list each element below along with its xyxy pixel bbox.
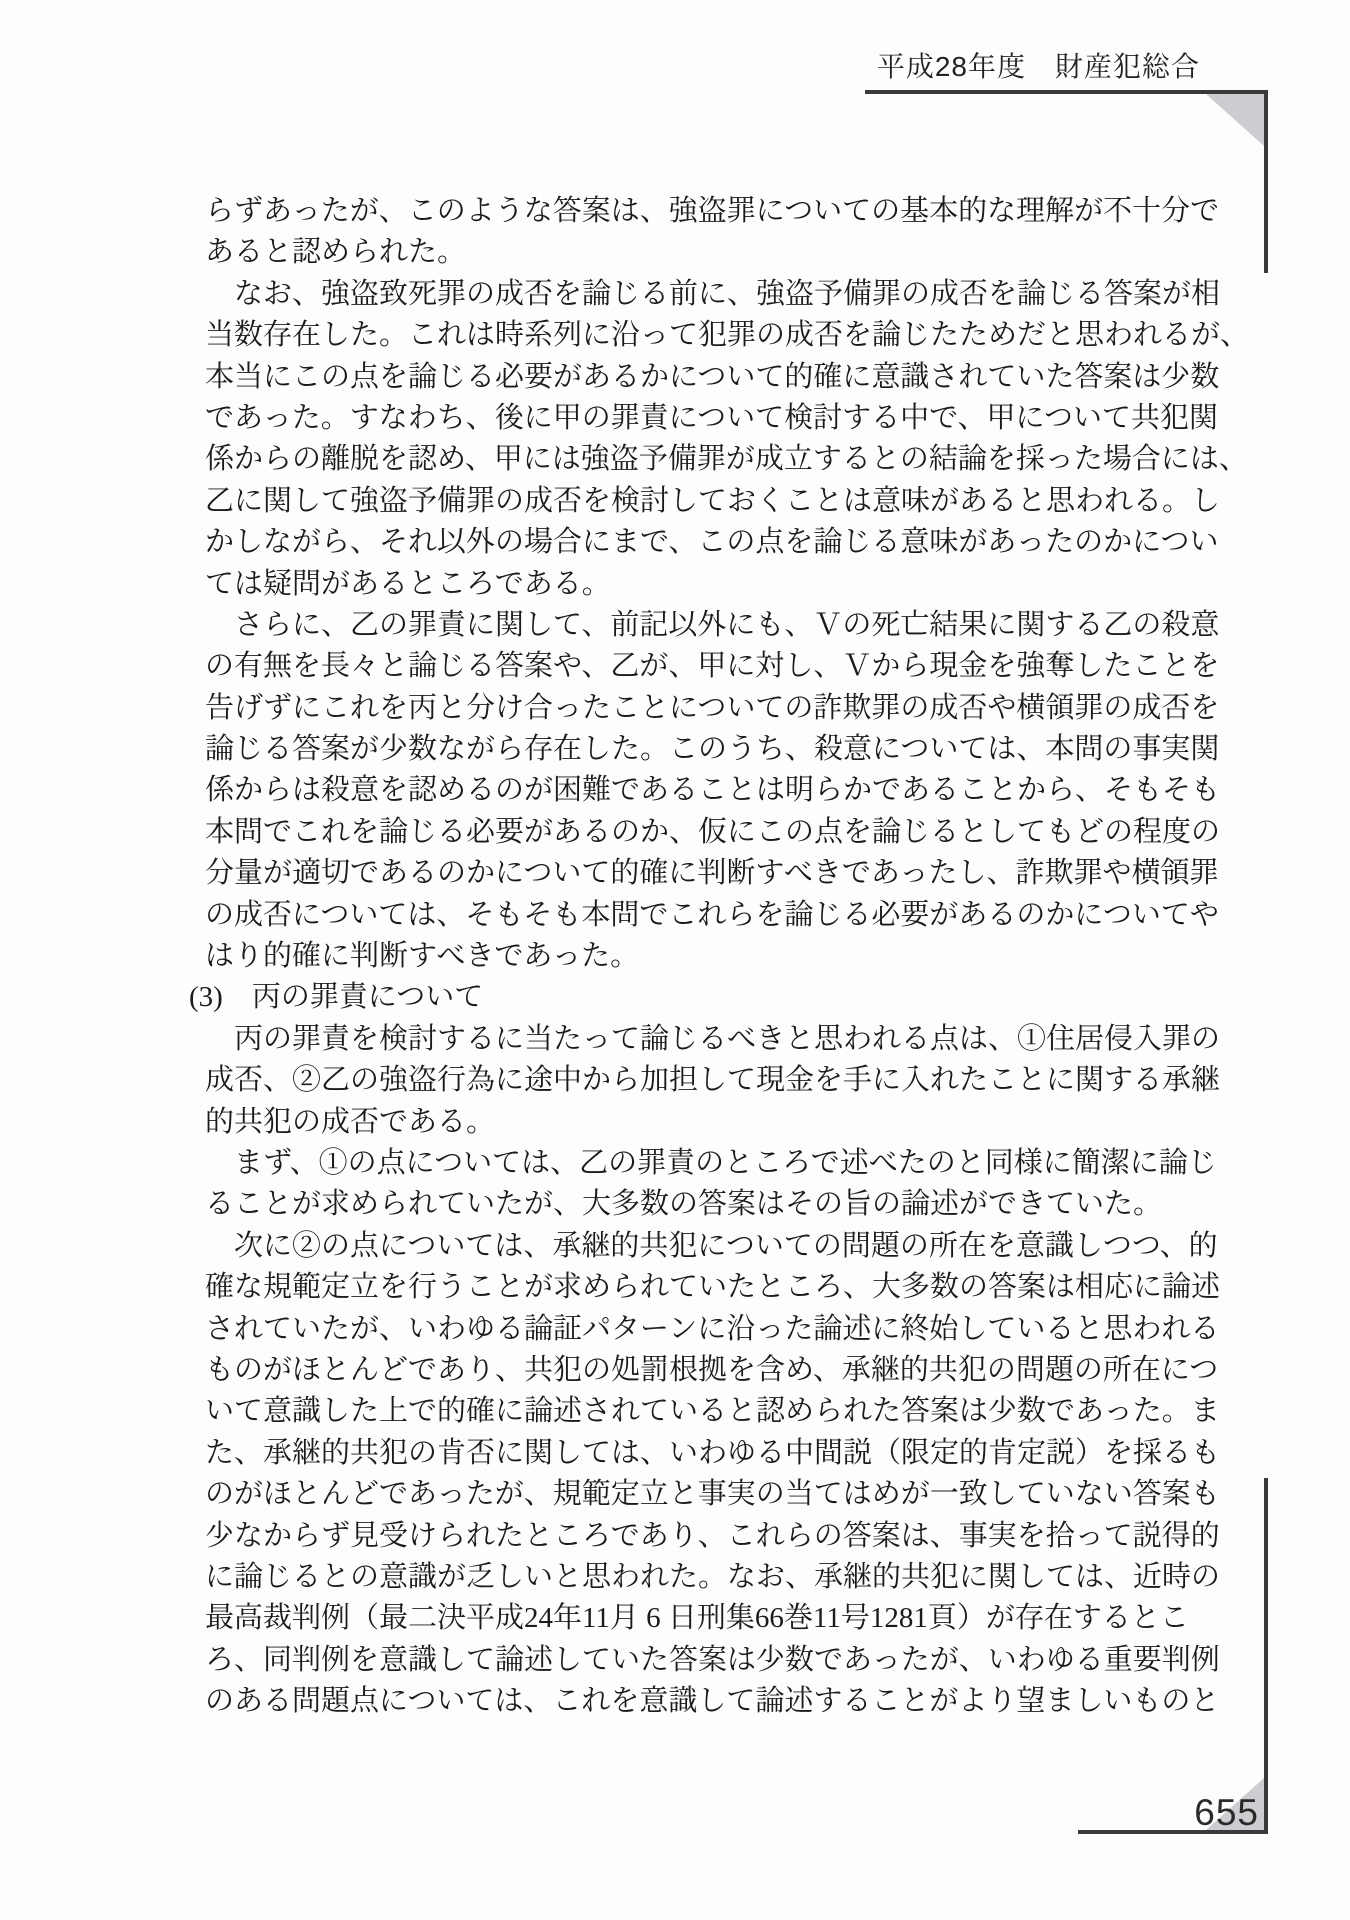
top-corner-fold-triangle — [1206, 94, 1264, 146]
text-line: 少なからず見受けられたところであり、これらの答案は、事実を拾って説得的 — [205, 1516, 1280, 1557]
text-line: た、承継的共犯の肯否に関しては、いわゆる中間説（限定的肯定説）を採るも — [205, 1433, 1280, 1474]
text-line: らずあったが、このような答案は、強盗罪についての基本的な理解が不十分で — [205, 191, 1280, 232]
text-line: 丙の罪責を検討するに当たって論じるべきと思われる点は、①住居侵入罪の — [205, 1019, 1280, 1060]
section-heading: (3) 丙の罪責について — [189, 977, 1280, 1018]
book-page: 平成28年度 財産犯総合 らずあったが、このような答案は、強盗罪についての基本的… — [0, 0, 1350, 1920]
text-line: に論じるとの意識が乏しいと思われた。なお、承継的共犯に関しては、近時の — [205, 1557, 1280, 1598]
text-line: の成否については、そもそも本問でこれらを論じる必要があるのかについてや — [205, 895, 1280, 936]
text-line: さらに、乙の罪責に関して、前記以外にも、Ｖの死亡結果に関する乙の殺意 — [205, 605, 1280, 646]
text-line: なお、強盗致死罪の成否を論じる前に、強盗予備罪の成否を論じる答案が相 — [205, 274, 1280, 315]
text-line: されていたが、いわゆる論証パターンに沿った論述に終始していると思われる — [205, 1309, 1280, 1350]
text-line: 分量が適切であるのかについて的確に判断すべきであったし、詐欺罪や横領罪 — [205, 853, 1280, 894]
body-text-block: らずあったが、このような答案は、強盗罪についての基本的な理解が不十分であると認め… — [205, 191, 1280, 1722]
text-line: ては疑問があるところである。 — [205, 564, 1280, 605]
text-line: 成否、②乙の強盗行為に途中から加担して現金を手に入れたことに関する承継 — [205, 1060, 1280, 1101]
text-line: であった。すなわち、後に甲の罪責について検討する中で、甲について共犯関 — [205, 398, 1280, 439]
text-line: 次に②の点については、承継的共犯についての問題の所在を意識しつつ、的 — [205, 1226, 1280, 1267]
text-line: あると認められた。 — [205, 232, 1280, 273]
bottom-right-vertical-rule — [1264, 1478, 1268, 1834]
text-line: かしながら、それ以外の場合にまで、この点を論じる意味があったのかについ — [205, 522, 1280, 563]
top-right-horizontal-rule — [865, 90, 1268, 94]
text-line: 本当にこの点を論じる必要があるかについて的確に意識されていた答案は少数 — [205, 357, 1280, 398]
text-line: 的共犯の成否である。 — [205, 1102, 1280, 1143]
page-header-title: 平成28年度 財産犯総合 — [700, 50, 1200, 84]
text-line: まず、①の点については、乙の罪責のところで述べたのと同様に簡潔に論じ — [205, 1143, 1280, 1184]
text-line: ものがほとんどであり、共犯の処罰根拠を含め、承継的共犯の問題の所在につ — [205, 1350, 1280, 1391]
text-line: のある問題点については、これを意識して論述することがより望ましいものと — [205, 1681, 1280, 1722]
text-line: 最高裁判例（最二決平成24年11月 6 日刑集66巻11号1281頁）が存在する… — [205, 1598, 1280, 1639]
text-line: 係からの離脱を認め、甲には強盗予備罪が成立するとの結論を採った場合には、 — [205, 439, 1280, 480]
text-line: 確な規範定立を行うことが求められていたところ、大多数の答案は相応に論述 — [205, 1267, 1280, 1308]
text-line: はり的確に判断すべきであった。 — [205, 936, 1280, 977]
text-line: の有無を長々と論じる答案や、乙が、甲に対し、Ｖから現金を強奪したことを — [205, 646, 1280, 687]
text-line: 告げずにこれを丙と分け合ったことについての詐欺罪の成否や横領罪の成否を — [205, 688, 1280, 729]
text-line: 乙に関して強盗予備罪の成否を検討しておくことは意味があると思われる。し — [205, 481, 1280, 522]
text-line: 本問でこれを論じる必要があるのか、仮にこの点を論じるとしてもどの程度の — [205, 812, 1280, 853]
text-line: 論じる答案が少数ながら存在した。このうち、殺意については、本問の事実関 — [205, 729, 1280, 770]
text-line: ろ、同判例を意識して論述していた答案は少数であったが、いわゆる重要判例 — [205, 1640, 1280, 1681]
text-line: 係からは殺意を認めるのが困難であることは明らかであることから、そもそも — [205, 770, 1280, 811]
page-number: 655 — [1059, 1794, 1259, 1831]
text-line: のがほとんどであったが、規範定立と事実の当てはめが一致していない答案も — [205, 1474, 1280, 1515]
text-line: ることが求められていたが、大多数の答案はその旨の論述ができていた。 — [205, 1184, 1280, 1225]
text-line: 当数存在した。これは時系列に沿って犯罪の成否を論じたためだと思われるが、 — [205, 315, 1280, 356]
text-line: いて意識した上で的確に論述されていると認められた答案は少数であった。ま — [205, 1391, 1280, 1432]
